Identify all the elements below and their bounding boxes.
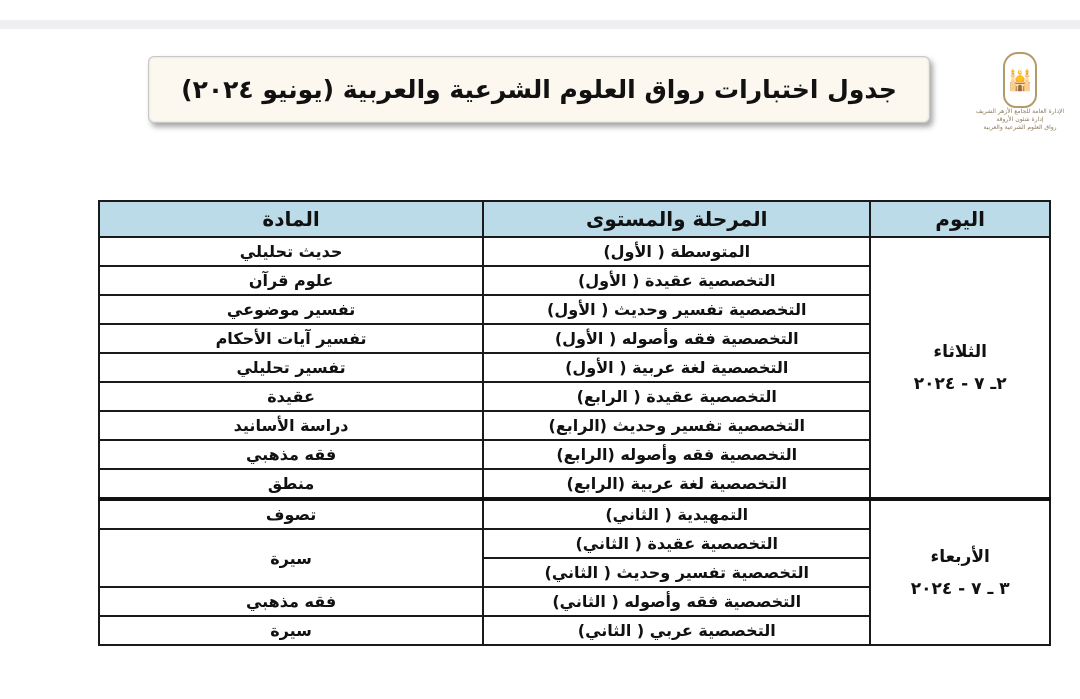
- subject-cell: فقه مذهبي: [99, 587, 483, 616]
- subject-cell: علوم قرآن: [99, 266, 483, 295]
- subject-cell: تفسير موضوعي: [99, 295, 483, 324]
- level-cell: التخصصية عقيدة ( الرابع): [483, 382, 870, 411]
- subject-cell: فقه مذهبي: [99, 440, 483, 469]
- exam-schedule-table: اليوم المرحلة والمستوى المادة الثلاثاء ٢…: [98, 200, 1051, 646]
- level-cell: المتوسطة ( الأول): [483, 237, 870, 266]
- header-level: المرحلة والمستوى: [483, 201, 870, 237]
- level-cell: التخصصية تفسير وحديث (الرابع): [483, 411, 870, 440]
- logo-line: الإدارة العامة للجامع الأزهر الشريف: [976, 108, 1064, 116]
- level-cell: التخصصية تفسير وحديث ( الثاني): [483, 558, 870, 587]
- level-cell: التخصصية فقه وأصوله (الرابع): [483, 440, 870, 469]
- table-row: الثلاثاء ٢ـ ٧ - ٢٠٢٤ المتوسطة ( الأول) ح…: [99, 237, 1050, 266]
- subject-cell: حديث تحليلي: [99, 237, 483, 266]
- header-day: اليوم: [870, 201, 1050, 237]
- table-header-row: اليوم المرحلة والمستوى المادة: [99, 201, 1050, 237]
- subject-cell: سيرة: [99, 529, 483, 587]
- level-cell: التخصصية فقه وأصوله ( الأول): [483, 324, 870, 353]
- level-cell: التخصصية فقه وأصوله ( الثاني): [483, 587, 870, 616]
- level-cell: التخصصية تفسير وحديث ( الأول): [483, 295, 870, 324]
- day-cell-tuesday: الثلاثاء ٢ـ ٧ - ٢٠٢٤: [870, 237, 1050, 499]
- page-title: جدول اختبارات رواق العلوم الشرعية والعرب…: [181, 75, 897, 104]
- top-bar: [0, 0, 1080, 20]
- mosque-emblem-icon: 🕌: [1003, 52, 1037, 108]
- day-date: ٣ ـ ٧ - ٢٠٢٤: [871, 573, 1049, 605]
- subject-cell: عقيدة: [99, 382, 483, 411]
- logo-line: رواق العلوم الشرعية والعربية: [983, 124, 1056, 132]
- day-name: الأربعاء: [871, 541, 1049, 573]
- table-row: الأربعاء ٣ ـ ٧ - ٢٠٢٤ التمهيدية ( الثاني…: [99, 499, 1050, 529]
- subject-cell: تفسير تحليلي: [99, 353, 483, 382]
- level-cell: التخصصية عقيدة ( الثاني): [483, 529, 870, 558]
- subject-cell: سيرة: [99, 616, 483, 645]
- day-cell-wednesday: الأربعاء ٣ ـ ٧ - ٢٠٢٤: [870, 499, 1050, 645]
- header-subject: المادة: [99, 201, 483, 237]
- subject-cell: تصوف: [99, 499, 483, 529]
- subject-cell: تفسير آيات الأحكام: [99, 324, 483, 353]
- level-cell: التخصصية لغة عربية ( الأول): [483, 353, 870, 382]
- day-name: الثلاثاء: [871, 336, 1049, 368]
- subject-cell: دراسة الأسانيد: [99, 411, 483, 440]
- title-banner: جدول اختبارات رواق العلوم الشرعية والعرب…: [148, 56, 930, 123]
- level-cell: التمهيدية ( الثاني): [483, 499, 870, 529]
- top-band: [0, 20, 1080, 29]
- logo-line: إدارة شئون الأروقة: [996, 116, 1043, 124]
- day-date: ٢ـ ٧ - ٢٠٢٤: [871, 368, 1049, 400]
- level-cell: التخصصية عربي ( الثاني): [483, 616, 870, 645]
- institution-logo: 🕌 الإدارة العامة للجامع الأزهر الشريف إد…: [976, 52, 1064, 152]
- subject-cell: منطق: [99, 469, 483, 499]
- level-cell: التخصصية عقيدة ( الأول): [483, 266, 870, 295]
- level-cell: التخصصية لغة عربية (الرابع): [483, 469, 870, 499]
